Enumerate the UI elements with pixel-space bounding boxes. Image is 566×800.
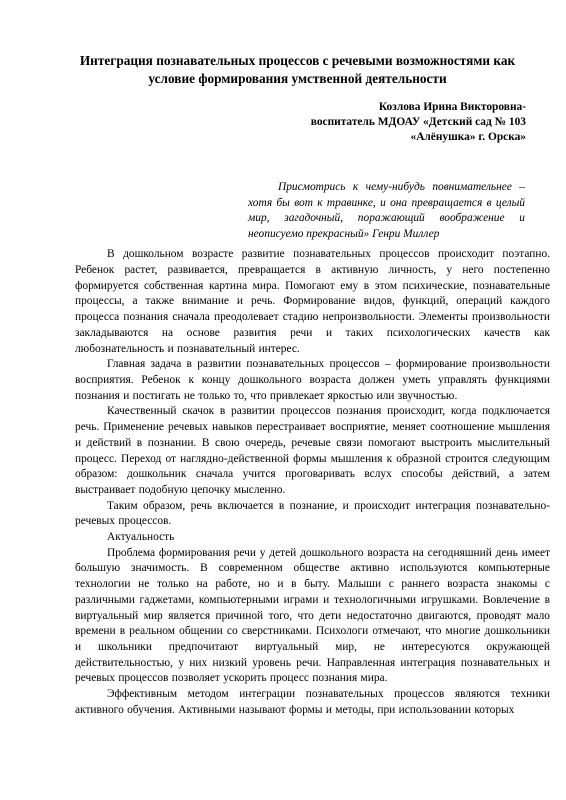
paragraph-intro: В дошкольном возрасте развитие познавате… bbox=[75, 247, 550, 357]
paragraph-quality-leap: Качественный скачок в развитии процессов… bbox=[75, 404, 550, 498]
author-block: Козлова Ирина Викторовна- воспитатель МД… bbox=[75, 100, 526, 145]
document-title: Интеграция познавательных процессов с ре… bbox=[75, 52, 520, 88]
paragraph-integration-conclusion: Таким образом, речь включается в познани… bbox=[75, 499, 550, 530]
paragraph-actuality-body: Проблема формирования речи у детей дошко… bbox=[75, 546, 550, 687]
epigraph-quote: Присмотрись к чему-нибудь повнимательнее… bbox=[248, 180, 525, 242]
paragraph-main-task: Главная задача в развитии познавательных… bbox=[75, 357, 550, 404]
document-page: Интеграция познавательных процессов с ре… bbox=[0, 0, 566, 800]
author-name: Козлова Ирина Викторовна- bbox=[75, 100, 526, 115]
paragraph-active-learning: Эффективным методом интеграции познавате… bbox=[75, 687, 550, 718]
author-organization: «Алёнушка» г. Орска» bbox=[75, 130, 526, 145]
title-line-1: Интеграция познавательных процессов с ре… bbox=[75, 52, 520, 70]
section-heading-actuality: Актуальность bbox=[75, 530, 550, 546]
title-line-2: условие формирования умственной деятельн… bbox=[75, 70, 520, 88]
author-position: воспитатель МДОАУ «Детский сад № 103 bbox=[75, 115, 526, 130]
